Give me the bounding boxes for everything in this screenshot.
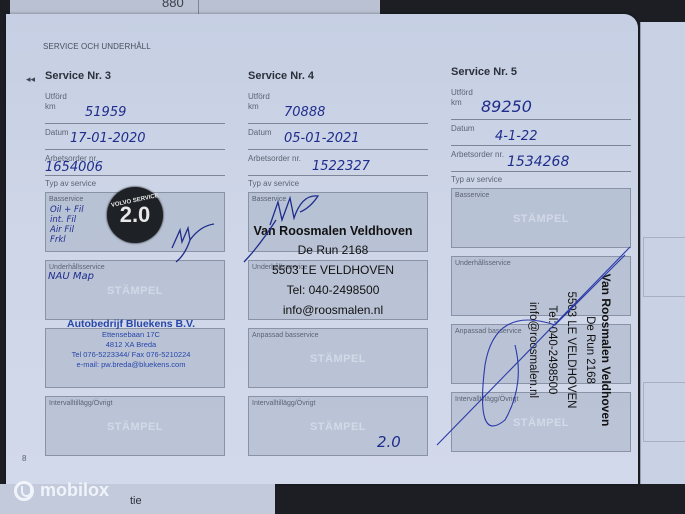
- next-page-edge: [640, 22, 685, 484]
- km-value: 70888: [284, 105, 325, 120]
- date-value: 17-01-2020: [70, 131, 146, 146]
- maintenance-notes: NAU Map: [48, 271, 94, 282]
- note-line: int. Fil: [50, 215, 84, 225]
- km-field: km 51959: [45, 101, 225, 124]
- dealer-line: Ettensebaan 17C: [45, 330, 217, 340]
- maintenance-service-box: Underhållsservice STÄMPEL NAU Map: [45, 260, 225, 320]
- work-order-label: Arbetsorder nr.: [451, 150, 504, 159]
- dealer-line: 4812 XA Breda: [45, 340, 217, 350]
- km-label: km: [248, 102, 259, 111]
- km-value: 89250: [481, 97, 532, 116]
- date-value: 05-01-2021: [284, 131, 360, 146]
- divider: [198, 0, 199, 14]
- dealer-line: info@roosmalen.nl: [238, 300, 428, 320]
- adjusted-service-box: Anpassad basservice STÄMPEL: [248, 328, 428, 388]
- stamp-placeholder: STÄMPEL: [46, 285, 224, 297]
- mobilox-logo-icon: [14, 481, 34, 501]
- date-label: Datum: [451, 124, 475, 133]
- service-title: Service Nr. 4: [248, 70, 428, 82]
- stamp-placeholder: STÄMPEL: [46, 421, 224, 433]
- background-page-number: 880: [162, 0, 184, 10]
- page-number: 8: [22, 454, 26, 463]
- work-order-label: Arbetsorder nr.: [248, 154, 301, 163]
- box-label: Underhållsservice: [49, 264, 105, 271]
- service-title: Service Nr. 3: [45, 70, 225, 82]
- work-order-field: Arbetsorder nr. 1522327: [248, 153, 428, 176]
- dealer-stamp-bluekens: Autobedrijf Bluekens B.V. Ettensebaan 17…: [45, 318, 217, 370]
- date-field: Datum 05-01-2021: [248, 127, 428, 150]
- note-line: Air Fil: [50, 225, 84, 235]
- previous-page-marker: ◂◂: [26, 74, 35, 85]
- stamp-placeholder: STÄMPEL: [249, 353, 427, 365]
- service-type-label: Typ av service: [248, 179, 428, 188]
- signature-service-5: [435, 245, 635, 450]
- date-label: Datum: [248, 128, 272, 137]
- box-label: Basservice: [49, 196, 83, 203]
- box-label: Intervalltillägg/Övrigt: [252, 400, 315, 407]
- km-field: km 70888: [248, 101, 428, 124]
- performed-label: Utförd: [45, 92, 225, 101]
- performed-label: Utförd: [451, 88, 631, 97]
- mobilox-watermark: mobilox: [14, 480, 109, 501]
- base-service-box: Basservice STÄMPEL: [451, 188, 631, 248]
- work-order-field: Arbetsorder nr. 1654006: [45, 153, 225, 176]
- dealer-line: Tel: 040-2498500: [238, 280, 428, 300]
- watermark-text: mobilox: [40, 480, 109, 501]
- box-label: Basservice: [455, 192, 489, 199]
- work-order-value: 1534268: [507, 154, 569, 170]
- box-label: Intervalltillägg/Övrigt: [49, 400, 112, 407]
- signature-service-3: [170, 220, 220, 265]
- km-value: 51959: [85, 105, 126, 120]
- note-line: Oil + Fil: [50, 205, 84, 215]
- km-label: km: [451, 98, 462, 107]
- date-field: Datum 17-01-2020: [45, 127, 225, 150]
- service-title: Service Nr. 5: [451, 66, 631, 78]
- service-type-label: Typ av service: [451, 175, 631, 184]
- performed-label: Utförd: [248, 92, 428, 101]
- fragment-text: tie: [130, 495, 142, 507]
- date-label: Datum: [45, 128, 69, 137]
- stamp-placeholder: STÄMPEL: [249, 421, 427, 433]
- work-order-value: 1522327: [312, 159, 370, 174]
- date-field: Datum 4-1-22: [451, 123, 631, 146]
- date-value: 4-1-22: [495, 129, 537, 144]
- stamp-placeholder: STÄMPEL: [452, 213, 630, 225]
- next-page-box: [643, 382, 685, 442]
- interval-note: 2.0: [377, 433, 401, 451]
- dealer-line: e-mail: pw.breda@bluekens.com: [45, 360, 217, 370]
- section-header: SERVICE OCH UNDERHÅLL: [43, 42, 151, 51]
- signature-service-4: [240, 190, 340, 270]
- work-order-value: 1654006: [45, 160, 103, 175]
- work-order-field: Arbetsorder nr. 1534268: [451, 149, 631, 172]
- interval-box: Intervalltillägg/Övrigt STÄMPEL 2.0: [248, 396, 428, 456]
- dealer-name: Autobedrijf Bluekens B.V.: [45, 318, 217, 330]
- service-3-column: Service Nr. 3 Utförd km 51959 Datum 17-0…: [45, 70, 225, 464]
- dealer-line: Tel 076-5223344/ Fax 076-5210224: [45, 350, 217, 360]
- next-page-box: [643, 237, 685, 297]
- note-line: Frkl: [50, 235, 84, 245]
- volvo-service-badge: VOLVO SERVICE 2.0: [107, 187, 163, 243]
- km-field: km 89250: [451, 97, 631, 120]
- base-notes: Oil + Fil int. Fil Air Fil Frkl: [50, 205, 84, 245]
- km-label: km: [45, 102, 56, 111]
- box-label: Anpassad basservice: [252, 332, 319, 339]
- interval-box: Intervalltillägg/Övrigt STÄMPEL: [45, 396, 225, 456]
